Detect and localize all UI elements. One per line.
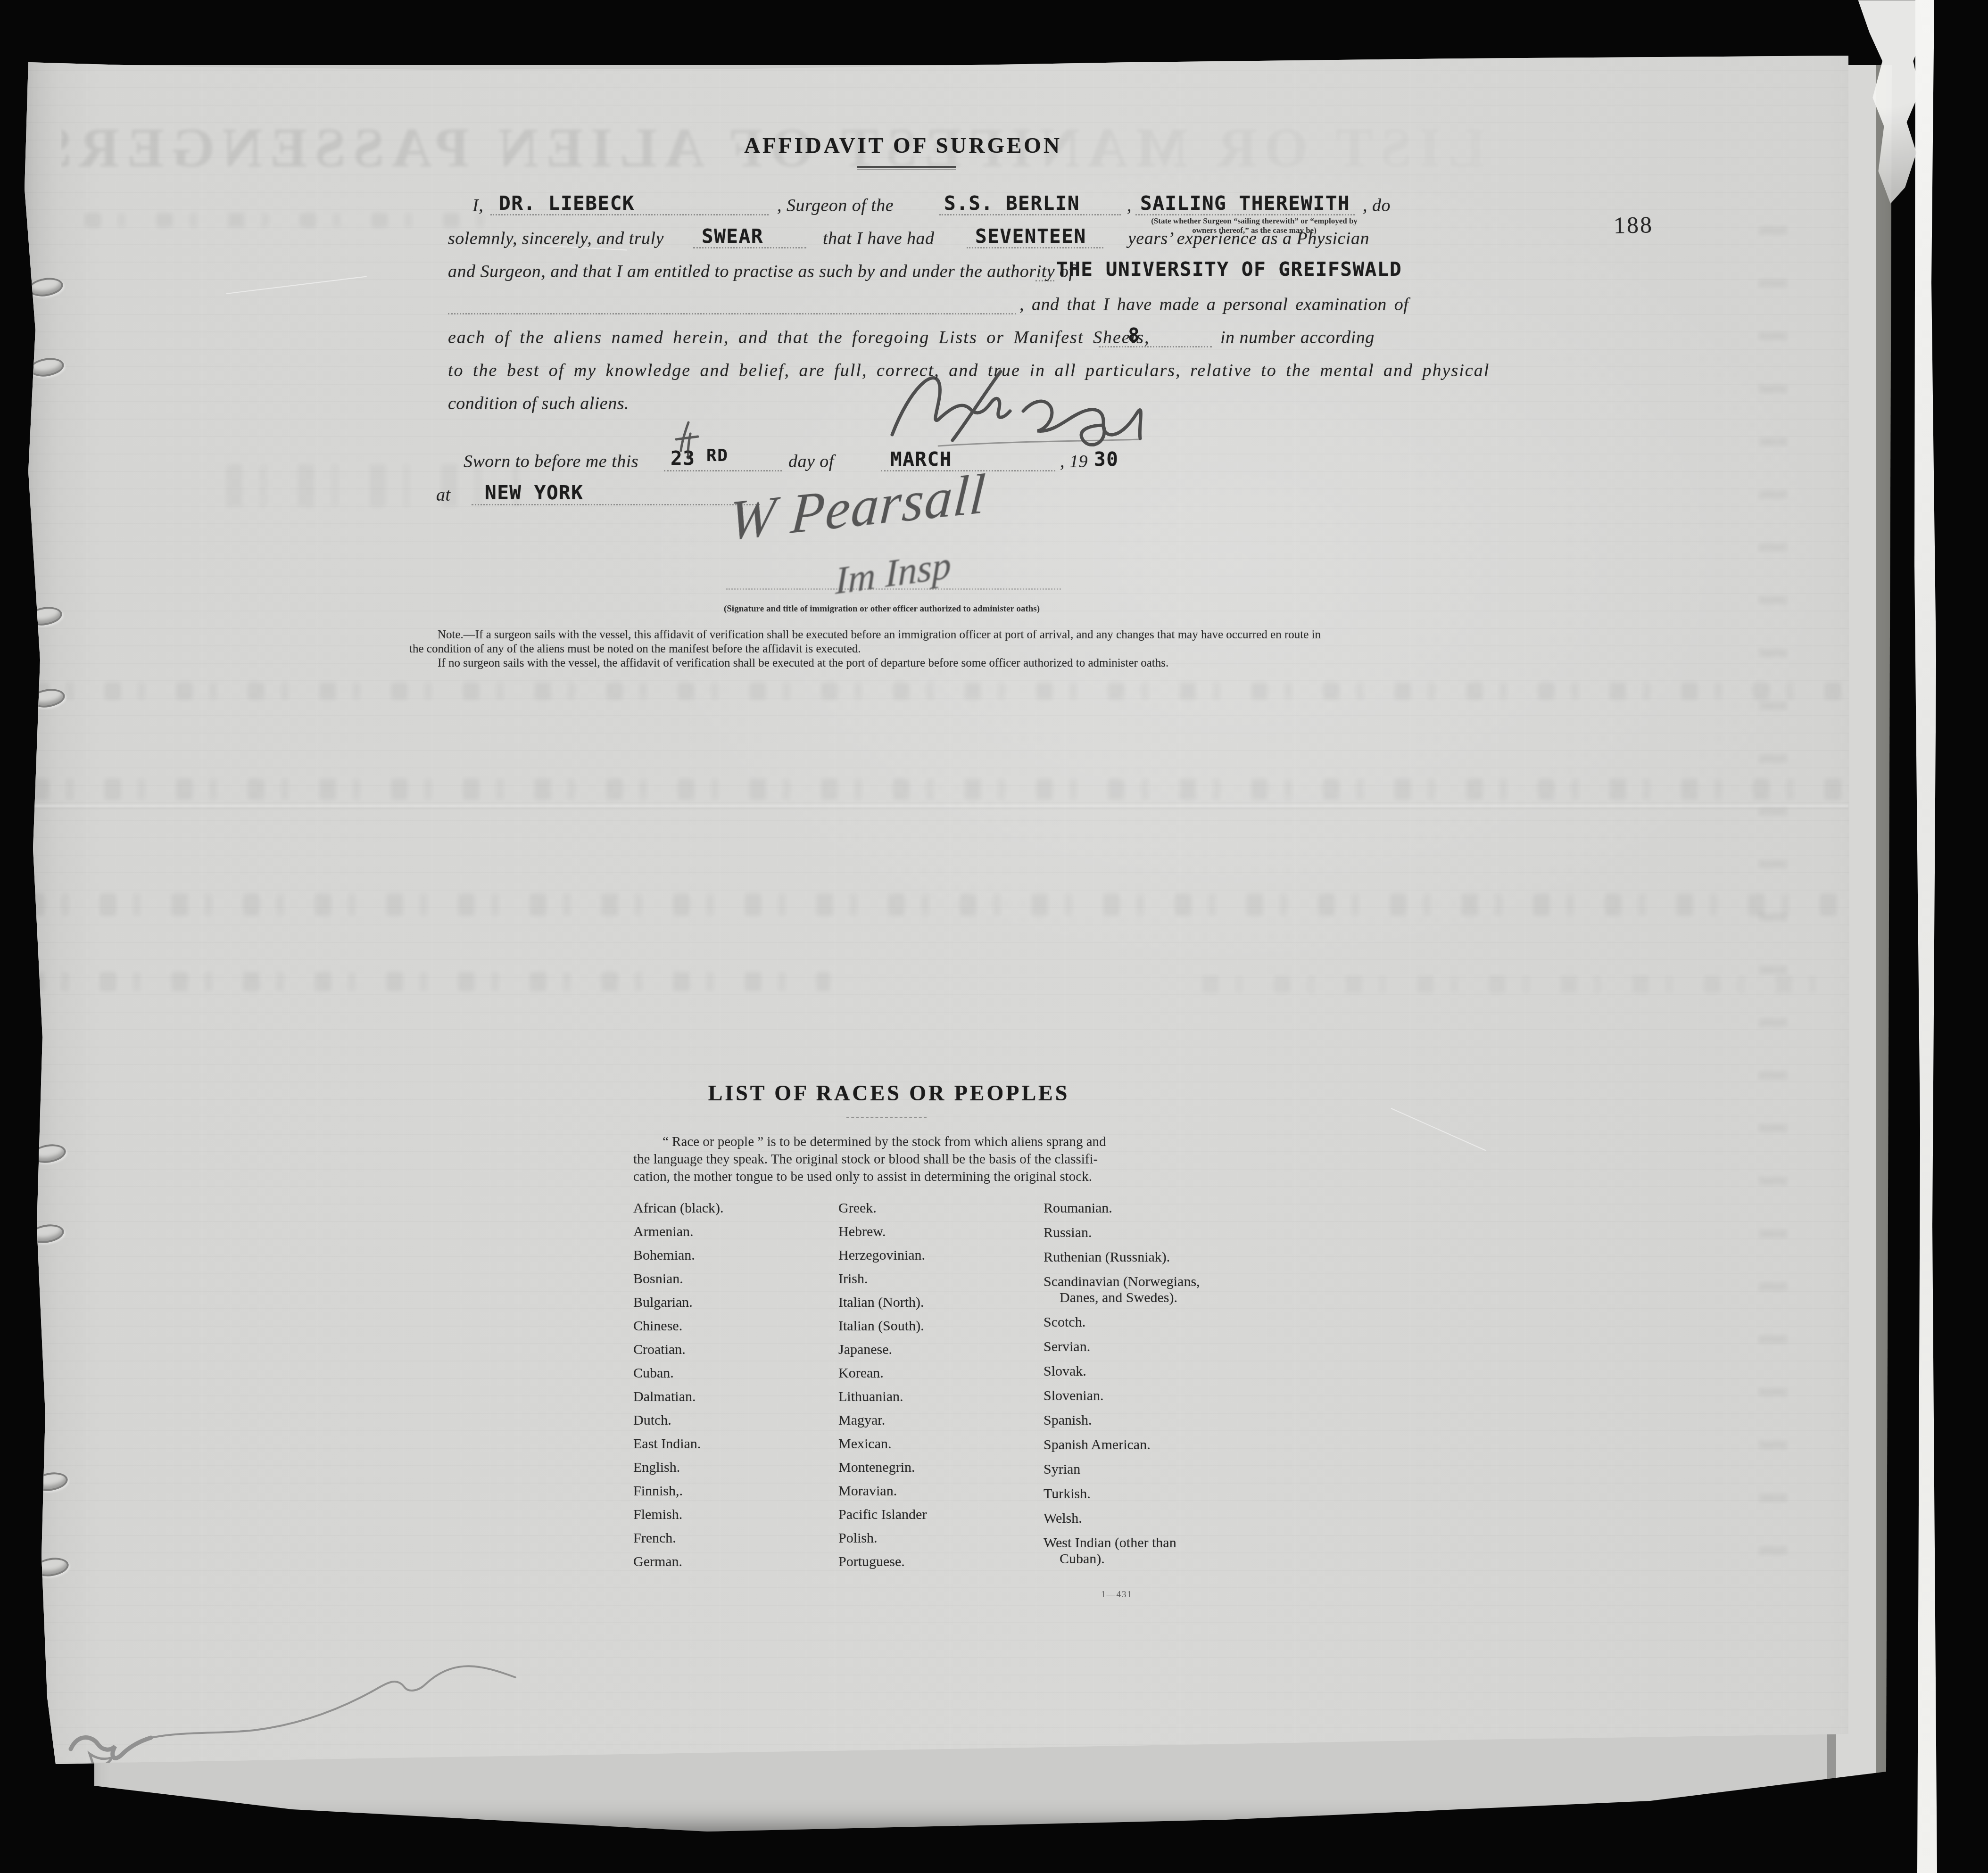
surgeon-signature	[882, 358, 1155, 453]
printed-text: years’ experience as a Physician	[1128, 228, 1369, 249]
races-intro-line2: the language they speak. The original st…	[633, 1151, 1140, 1168]
race-item: Bulgarian.	[633, 1295, 794, 1311]
printed-text: condition of such aliens.	[448, 393, 629, 414]
dotted-line	[1099, 345, 1212, 347]
printed-text: I,	[472, 195, 483, 216]
binder-hole	[27, 275, 64, 298]
race-item: Slovak.	[1044, 1363, 1223, 1379]
race-item: Spanish.	[1044, 1412, 1223, 1428]
race-item: Bohemian.	[633, 1247, 794, 1263]
race-item: Cuban.	[633, 1365, 794, 1381]
race-item: Flemish.	[633, 1507, 794, 1523]
affidavit-title: AFFIDAVIT OF SURGEON	[714, 133, 1092, 158]
race-item: Slovenian.	[1044, 1388, 1223, 1404]
race-item: Lithuanian.	[838, 1389, 999, 1405]
note-block: Note.—If a surgeon sails with the vessel…	[409, 628, 1400, 670]
races-intro-line1: “ Race or people ” is to be determined b…	[633, 1133, 1140, 1151]
scanned-document: LIST OR MANIFEST OF ALIEN PASSENGERS FOR…	[0, 0, 1988, 1873]
bleedthrough-number-column	[1759, 226, 1787, 1593]
sheet-count-fill: 8	[1128, 324, 1140, 347]
printed-text: in number according	[1220, 327, 1375, 348]
bleedthrough-smudge	[1202, 976, 1839, 993]
dotted-line	[726, 587, 1061, 590]
races-column-1: African (black).Armenian.Bohemian.Bosnia…	[633, 1200, 794, 1577]
binder-hole	[28, 355, 65, 379]
officer-signature: W Pearsall	[727, 461, 988, 553]
race-item: Dalmatian.	[633, 1389, 794, 1405]
sailing-status-fill: SAILING THEREWITH	[1140, 192, 1350, 215]
race-item: Italian (South).	[838, 1318, 999, 1334]
race-item: East Indian.	[633, 1436, 794, 1452]
book-spine-strip	[1913, 0, 1937, 1873]
years-fill: SEVENTEEN	[975, 225, 1086, 248]
dotted-line	[490, 213, 769, 215]
scratch-mark	[1391, 1108, 1486, 1151]
title-rule	[857, 166, 956, 170]
race-item: Welsh.	[1044, 1510, 1223, 1526]
race-item: Italian (North).	[838, 1295, 999, 1311]
handwritten-correction-mark	[674, 420, 703, 462]
races-intro-line3: cation, the mother tongue to be used onl…	[633, 1168, 1140, 1186]
printed-text: solemnly, sincerely, and truly	[448, 228, 664, 249]
race-item: Portuguese.	[838, 1554, 999, 1570]
race-item: Croatian.	[633, 1342, 794, 1358]
printed-text: each of the aliens named herein, and tha…	[448, 327, 1150, 348]
races-title: LIST OF RACES OR PEOPLES	[677, 1081, 1101, 1106]
race-item: Pacific Islander	[838, 1507, 999, 1523]
note-line3: If no surgeon sails with the vessel, the…	[409, 656, 1400, 670]
races-column-2: Greek.Hebrew.Herzegovinian.Irish.Italian…	[838, 1200, 999, 1577]
race-item: German.	[633, 1554, 794, 1570]
race-item: Magyar.	[838, 1412, 999, 1428]
binder-hole	[32, 1470, 69, 1493]
race-item: Korean.	[838, 1365, 999, 1381]
race-item: Irish.	[838, 1271, 999, 1287]
race-item: Dutch.	[633, 1412, 794, 1428]
dotted-line	[939, 213, 1121, 215]
race-item: Servian.	[1044, 1339, 1223, 1355]
race-item: Japanese.	[838, 1342, 999, 1358]
dotted-line	[472, 503, 760, 505]
surgeon-name-fill: DR. LIEBECK	[499, 192, 635, 215]
race-item: French.	[633, 1530, 794, 1546]
printed-text: , and that I have made a personal examin…	[1019, 294, 1408, 315]
race-item: Turkish.	[1044, 1486, 1223, 1502]
binder-hole	[30, 1142, 67, 1165]
dotted-line	[1135, 213, 1355, 215]
race-item: Armenian.	[633, 1224, 794, 1240]
dotted-line	[448, 312, 1016, 314]
printed-text: day of	[788, 451, 834, 472]
race-item: West Indian (other than Cuban).	[1044, 1535, 1223, 1567]
form-code: 1—431	[1101, 1590, 1133, 1600]
bleedthrough-smudge	[33, 779, 1844, 800]
printed-text: , Surgeon of the	[777, 195, 894, 216]
vessel-name-fill: S.S. BERLIN	[944, 192, 1080, 215]
race-item: Russian.	[1044, 1225, 1223, 1241]
note-line1: Note.—If a surgeon sails with the vessel…	[409, 628, 1400, 642]
races-column-3: Roumanian.Russian.Ruthenian (Russniak).S…	[1044, 1200, 1223, 1576]
sailing-caption-line1: (State whether Surgeon “sailing therewit…	[1132, 216, 1377, 226]
race-item: Finnish,.	[633, 1483, 794, 1499]
race-item: Moravian.	[838, 1483, 999, 1499]
races-intro: “ Race or people ” is to be determined b…	[633, 1133, 1140, 1186]
race-item: Hebrew.	[838, 1224, 999, 1240]
officer-caption: (Signature and title of immigration or o…	[703, 604, 1061, 614]
affidavit-page: LIST OR MANIFEST OF ALIEN PASSENGERS FOR…	[0, 0, 1988, 1873]
place-fill: NEW YORK	[485, 481, 583, 504]
bleedthrough-smudge	[28, 972, 830, 991]
printed-text: and Surgeon, and that I am entitled to p…	[448, 261, 1074, 282]
printed-text: , do	[1363, 195, 1391, 216]
race-item: English.	[633, 1460, 794, 1476]
binder-hole	[33, 1555, 70, 1578]
printed-text: that I have had	[823, 228, 935, 249]
binder-hole	[28, 1222, 65, 1245]
race-item: Herzegovinian.	[838, 1247, 999, 1263]
binder-hole	[26, 604, 63, 627]
race-item: Greek.	[838, 1200, 999, 1216]
swear-fill: SWEAR	[702, 225, 763, 248]
printed-text: , 19	[1060, 451, 1088, 472]
race-item: Chinese.	[633, 1318, 794, 1334]
paper-crease	[0, 804, 1848, 810]
race-item: Montenegrin.	[838, 1460, 999, 1476]
bleedthrough-smudge	[33, 683, 1844, 700]
dotted-line	[967, 246, 1103, 248]
race-item: Roumanian.	[1044, 1200, 1223, 1216]
page-number: 188	[1614, 211, 1654, 239]
race-item: Bosnian.	[633, 1271, 794, 1287]
race-item: Polish.	[838, 1530, 999, 1546]
race-item: Syrian	[1044, 1461, 1223, 1477]
note-line2: the condition of any of the aliens must …	[409, 642, 1400, 656]
dotted-line	[693, 246, 806, 248]
race-item: Scotch.	[1044, 1314, 1223, 1330]
race-item: Mexican.	[838, 1436, 999, 1452]
races-title-rule	[846, 1117, 927, 1118]
printed-text: ,	[1127, 195, 1132, 216]
race-item: Scandinavian (Norwegians, Danes, and Swe…	[1044, 1274, 1223, 1306]
bleedthrough-smudge	[85, 213, 490, 227]
day-suffix-fill: RD	[706, 446, 728, 465]
scratch-mark	[226, 276, 367, 294]
bleedthrough-smudge	[28, 894, 1844, 916]
authority-fill: THE UNIVERSITY OF GREIFSWALD	[1056, 258, 1402, 281]
year-fill: 30	[1094, 448, 1118, 470]
printed-text: at	[436, 485, 451, 505]
officer-signature-title: Im Insp	[835, 542, 951, 603]
dotted-line	[1035, 279, 1054, 281]
race-item: Ruthenian (Russniak).	[1044, 1249, 1223, 1265]
dotted-line	[664, 469, 782, 471]
printed-text: Sworn to before me this	[464, 451, 638, 472]
race-item: African (black).	[633, 1200, 794, 1216]
race-item: Spanish American.	[1044, 1437, 1223, 1453]
